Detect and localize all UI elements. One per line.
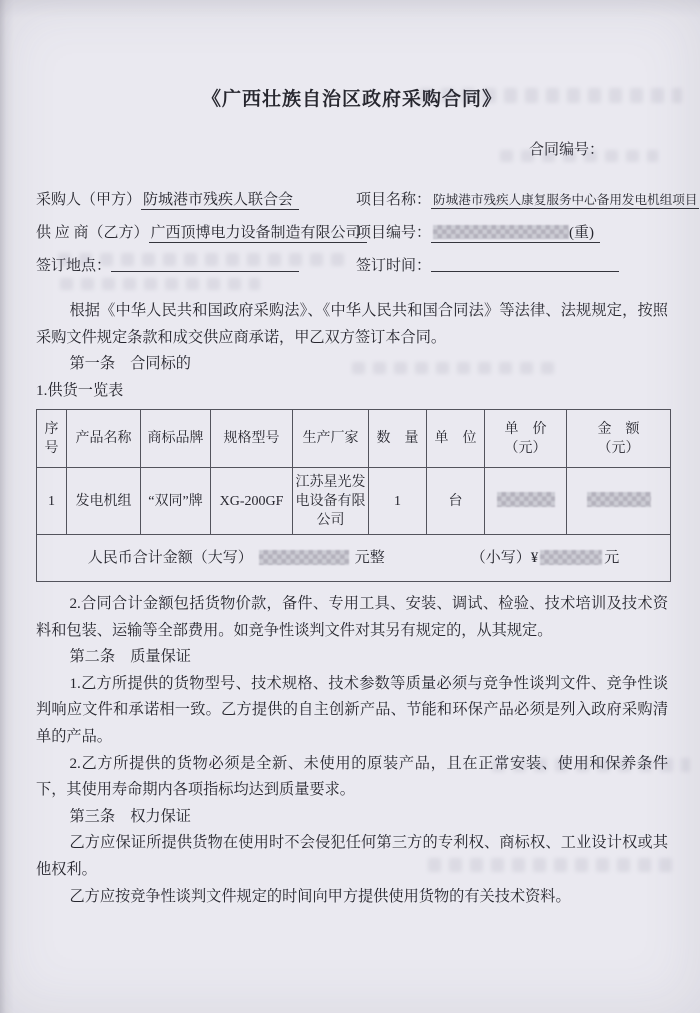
cell-unit: 台 (427, 468, 485, 535)
supplier-field: 供 应 商（乙方）广西顶博电力设备制造有限公司 (36, 223, 356, 244)
bleed-through-artifact (60, 278, 260, 290)
sign-time-field: 签订时间： (356, 256, 699, 277)
article2-heading: 第二条 质量保证 (36, 644, 668, 671)
contract-number-label: 合同编号： (36, 138, 668, 159)
project-number-field: 项目编号：(重) (356, 223, 699, 244)
sign-place-field: 签订地点： (36, 256, 356, 277)
total-words-suffix: 元整 (355, 550, 385, 566)
redacted-amount (587, 492, 651, 507)
col-header-product: 产品名称 (67, 410, 141, 468)
buyer-value: 防城港市残疾人联合会 (141, 192, 299, 210)
scanned-contract-page: 《广西壮族自治区政府采购合同》 合同编号： 采购人（甲方）防城港市残疾人联合会 … (0, 0, 700, 1013)
cell-qty: 1 (369, 468, 427, 535)
col-header-manufacturer: 生产厂家 (293, 410, 369, 468)
redacted-amount-in-words (259, 550, 349, 565)
total-figures-label: （小写）¥ (471, 550, 539, 566)
article1-heading: 第一条 合同标的 (36, 351, 668, 378)
cell-amount (567, 468, 671, 535)
cell-seq: 1 (37, 468, 67, 535)
clause-paragraph: 乙方应按竞争性谈判文件规定的时间向甲方提供使用货物的有关技术资料。 (36, 884, 668, 911)
supplier-label: 供 应 商（乙方） (36, 225, 149, 241)
table-header-row: 序 号 产品名称 商标品牌 规格型号 生产厂家 数 量 单 位 单 价 （元） … (37, 410, 671, 468)
sign-place-label: 签订地点： (36, 258, 111, 274)
supply-list-table: 序 号 产品名称 商标品牌 规格型号 生产厂家 数 量 单 位 单 价 （元） … (36, 409, 671, 582)
redacted-unit-price (497, 492, 555, 507)
total-figures-suffix: 元 (604, 550, 619, 566)
sign-time-label: 签订时间： (356, 258, 431, 274)
clause-paragraph: 2.乙方所提供的货物必须是全新、未使用的原装产品，且在正常安装、使用和保养条件下… (36, 751, 668, 804)
table-total-row: 人民币合计金额（大写）元整（小写）¥元 (37, 535, 671, 582)
buyer-label: 采购人（甲方） (36, 192, 141, 208)
col-header-model: 规格型号 (211, 410, 293, 468)
cell-unit-price (485, 468, 567, 535)
col-header-brand: 商标品牌 (141, 410, 211, 468)
intro-paragraph: 根据《中华人民共和国政府采购法》、《中华人民共和国合同法》等法律、法规规定，按照… (36, 298, 668, 351)
article3-heading: 第三条 权力保证 (36, 804, 668, 831)
col-header-unit-price: 单 价 （元） (485, 410, 567, 468)
contract-header-fields: 采购人（甲方）防城港市残疾人联合会 项目名称：防城港市残疾人康复服务中心备用发电… (36, 190, 668, 277)
supply-list-label: 1.供货一览表 (36, 378, 668, 405)
document-title: 《广西壮族自治区政府采购合同》 (36, 84, 668, 111)
cell-manufacturer: 江苏星光发电设备有限公司 (293, 468, 369, 535)
contract-clauses: 2.合同合计金额包括货物价款，备件、专用工具、安装、调试、检验、技术培训及技术资… (36, 591, 668, 910)
project-number-label: 项目编号： (356, 225, 431, 241)
sign-place-blank (111, 256, 299, 272)
cell-product: 发电机组 (67, 468, 141, 535)
sign-time-blank (431, 256, 619, 272)
cell-brand: “双同”牌 (141, 468, 211, 535)
clause-paragraph: 1.乙方所提供的货物型号、技术规格、技术参数等质量必须与竞争性谈判文件、竞争性谈… (36, 671, 668, 751)
redacted-amount-in-figures (540, 550, 602, 565)
project-number-value: (重) (431, 225, 600, 243)
cell-model: XG-200GF (211, 468, 293, 535)
project-name-value: 防城港市残疾人康复服务中心备用发电机组项目 (431, 193, 699, 209)
project-name-label: 项目名称： (356, 192, 431, 208)
project-number-note: (重) (569, 225, 594, 241)
col-header-seq: 序 号 (37, 410, 67, 468)
col-header-qty: 数 量 (369, 410, 427, 468)
table-row: 1 发电机组 “双同”牌 XG-200GF 江苏星光发电设备有限公司 1 台 (37, 468, 671, 535)
project-name-field: 项目名称：防城港市残疾人康复服务中心备用发电机组项目 (356, 190, 699, 211)
total-amount-cell: 人民币合计金额（大写）元整（小写）¥元 (37, 535, 671, 582)
supplier-value: 广西顶博电力设备制造有限公司 (149, 225, 367, 243)
clause-paragraph: 2.合同合计金额包括货物价款，备件、专用工具、安装、调试、检验、技术培训及技术资… (36, 591, 668, 644)
col-header-unit: 单 位 (427, 410, 485, 468)
buyer-field: 采购人（甲方）防城港市残疾人联合会 (36, 190, 356, 211)
total-words-label: 人民币合计金额（大写） (88, 550, 253, 566)
clause-paragraph: 乙方应保证所提供货物在使用时不会侵犯任何第三方的专利权、商标权、工业设计权或其他… (36, 830, 668, 883)
redacted-project-number (433, 225, 569, 239)
col-header-amount: 金 额 （元） (567, 410, 671, 468)
